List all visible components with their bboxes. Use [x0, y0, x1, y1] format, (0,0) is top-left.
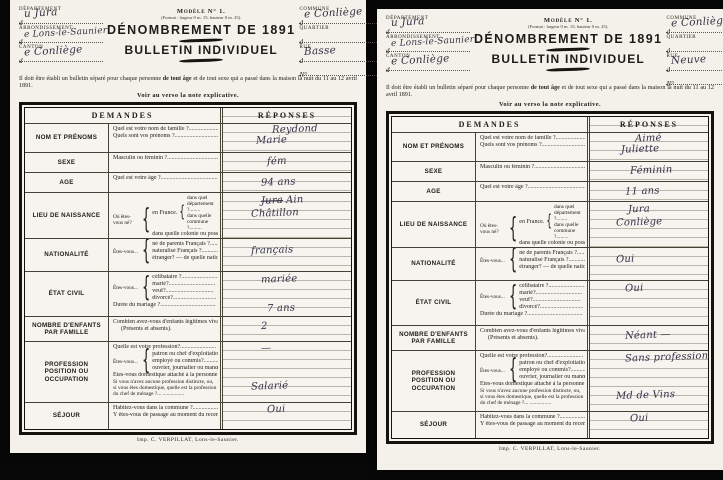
- question: Êtes-vous...: [480, 294, 507, 300]
- table-row-sejour: SÉJOUR Habitez-vous dans la commune ?...…: [25, 402, 351, 429]
- question: Êtes-vous...: [480, 258, 507, 264]
- table-row-sejour: SÉJOUR Habitez-vous dans la commune ?...…: [392, 411, 708, 438]
- answer-sejour: Oui: [266, 404, 285, 416]
- answer-profession-chef-menage: Md de Vins: [616, 389, 675, 402]
- printer-credit: Imp. C. VERPILLAT, Lons-le-Saunier.: [386, 446, 714, 452]
- answers-sexe: fém: [222, 153, 351, 172]
- row-label-enfants: NOMBRE D'ENFANTS PAR FAMILLE: [25, 317, 109, 341]
- header-center-column: Modèle N° 1. (Format : largeur 0 m. 15; …: [474, 16, 662, 87]
- question: Quel est votre nom de famille ?.........…: [113, 126, 218, 133]
- rue-field: Rue d Basse: [299, 45, 383, 62]
- question: employé ou commis?.............: [152, 358, 218, 365]
- table-header-row: DEMANDES RÉPONSES: [25, 108, 351, 123]
- questions-etat-civil: Êtes-vous... { célibataire ?............…: [109, 272, 221, 316]
- brace-glyph: {: [509, 355, 517, 387]
- form-table-frame: DEMANDES RÉPONSES NOM ET PRÉNOMS Quel es…: [386, 111, 714, 444]
- numero-field: N°: [666, 73, 723, 85]
- note-text: Il doit être établi un bulletin séparé p…: [386, 85, 531, 91]
- question: employé ou commis?.............: [519, 367, 585, 374]
- questions-profession: Quelle est votre profession?............…: [109, 342, 221, 402]
- row-label-nationalite: NATIONALITÉ: [25, 239, 109, 271]
- rue-line: d Basse: [299, 50, 383, 62]
- modele-number: Modèle N° 1.: [474, 17, 662, 24]
- answer-profession: —: [261, 343, 272, 354]
- d-prefix: d: [386, 66, 390, 74]
- question: Quels sont vos prénoms ?................…: [480, 142, 585, 149]
- question: veuf?................................: [519, 297, 585, 304]
- question: Masculin ou féminin ?...................…: [113, 155, 218, 162]
- quartier-field: Quartier d: [666, 35, 723, 52]
- answer-sejour: Oui: [630, 413, 649, 425]
- brace-glyph: {: [509, 281, 517, 313]
- form-header: Département d u Jura Arrondissement d e …: [386, 16, 714, 84]
- canton-field: Canton d e Conliège: [386, 54, 470, 71]
- question: Quel est votre âge ?....................…: [480, 184, 585, 191]
- canton-line: d e Conliège: [19, 50, 103, 62]
- question: ouvrier, journalier ou manœuvre?: [152, 365, 218, 372]
- question: en France.: [519, 219, 544, 226]
- numero-label: N°: [666, 80, 673, 88]
- questions-nom: Quel est votre nom de famille ?.........…: [109, 124, 221, 152]
- col-header-reponses: RÉPONSES: [589, 117, 708, 132]
- table-row-age: AGE Quel est votre âge ?................…: [25, 172, 351, 192]
- rue-value: Neuve: [671, 53, 707, 67]
- question: Quels sont vos prénoms ?................…: [113, 133, 218, 140]
- row-label-age: AGE: [392, 182, 476, 201]
- answers-nationalite: Oui: [589, 248, 708, 280]
- answers-naissance: JuraAin Châtillon: [222, 193, 351, 238]
- form-table: DEMANDES RÉPONSES NOM ET PRÉNOMS Quel es…: [391, 116, 709, 439]
- page-inner: Département d u Jura Arrondissement d e …: [377, 9, 723, 452]
- brace-glyph: {: [142, 272, 150, 304]
- form-header: Département d u Jura Arrondissement d e …: [19, 7, 357, 75]
- table-row-naissance: LIEU DE NAISSANCE Où êtes-vous né? { en …: [392, 201, 708, 247]
- row-label-etat-civil: ÉTAT CIVIL: [25, 272, 109, 316]
- answer-nationalite: Oui: [616, 254, 635, 266]
- questions-etat-civil: Êtes-vous... { célibataire ?............…: [476, 281, 588, 325]
- title-denombrement: DÉNOMBREMENT DE 1891: [474, 32, 662, 46]
- answer-nationalite: français: [251, 244, 294, 256]
- title-denombrement: DÉNOMBREMENT DE 1891: [107, 23, 295, 37]
- row-label-nom: NOM ET PRÉNOMS: [25, 124, 109, 152]
- rue-field: Rue d Neuve: [666, 54, 723, 71]
- header-left-column: Département d u Jura Arrondissement d e …: [386, 16, 470, 87]
- question: Êtes-vous domestique attaché à la person…: [480, 381, 585, 388]
- question: Si vous n'avez aucune profession distinc…: [480, 388, 585, 406]
- question: veuf?................................: [152, 288, 218, 295]
- row-label-naissance: LIEU DE NAISSANCE: [25, 193, 109, 238]
- modele-format: (Format : largeur 0 m. 15; hauteur 0 m. …: [107, 15, 295, 20]
- commune-value: e Conliège: [304, 5, 363, 20]
- question: dans quel département ?........: [187, 195, 218, 213]
- question: étranger? — de quelle nation?...: [519, 264, 585, 271]
- question: Habitez-vous dans la commune ?..........…: [113, 405, 218, 412]
- table-row-naissance: LIEU DE NAISSANCE Où êtes-vous né? { en …: [25, 192, 351, 238]
- col-header-demandes: DEMANDES: [392, 117, 588, 132]
- question: dans quelle commune ?.........: [187, 213, 218, 231]
- question: Durée du mariage ?......................…: [480, 311, 585, 318]
- question: né de parents Français ?...............: [519, 250, 585, 257]
- questions-sexe: Masculin ou féminin ?...................…: [476, 162, 588, 181]
- departement-field: Département d u Jura: [386, 16, 470, 33]
- answer-text: Ain: [286, 194, 304, 206]
- question: divorcé?.............................: [519, 304, 585, 311]
- departement-field: Département d u Jura: [19, 7, 103, 24]
- answer-profession: Sans profession: [625, 351, 708, 364]
- canton-value: e Conliège: [24, 43, 83, 58]
- question: Combien avez-vous d'enfants légitimes vi…: [480, 328, 585, 335]
- question: étranger? — de quelle nation?...: [152, 255, 218, 262]
- question: né de parents Français ?...............: [152, 241, 218, 248]
- arrondissement-line: d e Lons-le-Saunier: [386, 40, 470, 52]
- header-right-column: Commune d e Conliège Quartier d Rue d Ne…: [666, 16, 723, 87]
- row-label-etat-civil: ÉTAT CIVIL: [392, 281, 476, 325]
- brace-glyph: {: [509, 213, 517, 245]
- quartier-line: d: [666, 40, 723, 52]
- instruction-note: Il doit être établi un bulletin séparé p…: [386, 85, 714, 99]
- questions-sejour: Habitez-vous dans la commune ?..........…: [109, 403, 221, 429]
- question: Où êtes-vous né?: [113, 214, 140, 226]
- answer-etat-civil: Oui: [625, 283, 644, 295]
- answer-naissance-commune: Châtillon: [251, 207, 299, 220]
- numero-field: N°: [299, 64, 383, 76]
- answer-prenoms: Marie: [256, 134, 287, 146]
- title-bulletin: BULLETIN INDIVIDUEL: [107, 43, 295, 57]
- answers-age: 11 ans: [589, 182, 708, 201]
- question: Quelle est votre profession?............…: [113, 344, 218, 351]
- question: Êtes-vous...: [480, 368, 507, 374]
- row-label-sejour: SÉJOUR: [25, 403, 109, 429]
- row-label-naissance: LIEU DE NAISSANCE: [392, 202, 476, 247]
- question: naturalisé Français ?..................: [519, 257, 585, 264]
- canton-line: d e Conliège: [386, 59, 470, 71]
- questions-enfants: Combien avez-vous d'enfants légitimes vi…: [109, 317, 221, 341]
- question: Êtes-vous...: [113, 359, 140, 365]
- arrondissement-line: d e Lons-le-Saunier: [19, 31, 103, 43]
- table-row-sexe: SEXE Masculin ou féminin ?..............…: [25, 152, 351, 172]
- row-label-profession: PROFESSION POSITION OU OCCUPATION: [25, 342, 109, 402]
- d-prefix: d: [19, 57, 23, 65]
- question: Êtes-vous domestique attaché à la person…: [113, 372, 218, 379]
- question: Quelle est votre profession?............…: [480, 353, 585, 360]
- row-label-sexe: SEXE: [25, 153, 109, 172]
- answer-enfants: Néant —: [625, 329, 671, 342]
- question: Si vous n'avez aucune profession distinc…: [113, 379, 218, 397]
- table-row-enfants: NOMBRE D'ENFANTS PAR FAMILLE Combien ave…: [392, 325, 708, 350]
- question: marié?...............................: [519, 290, 585, 297]
- question: Quel est votre âge ?....................…: [113, 175, 218, 182]
- row-label-nationalite: NATIONALITÉ: [392, 248, 476, 280]
- question: en France.: [152, 210, 177, 217]
- questions-age: Quel est votre âge ?....................…: [476, 182, 588, 201]
- questions-enfants: Combien avez-vous d'enfants légitimes vi…: [476, 326, 588, 350]
- census-bulletin: Département d u Jura Arrondissement d e …: [10, 0, 366, 453]
- answer-profession-chef-menage: Salarié: [251, 380, 289, 392]
- note-text: Il doit être établi un bulletin séparé p…: [19, 76, 163, 82]
- commune-field: Commune d e Conliège: [666, 16, 723, 33]
- question: Êtes-vous...: [113, 285, 140, 291]
- struck-text: Jura: [261, 195, 283, 207]
- row-label-age: AGE: [25, 173, 109, 192]
- page-inner: Département d u Jura Arrondissement d e …: [10, 0, 366, 443]
- answer-enfants: 2: [261, 321, 268, 332]
- departement-line: d u Jura: [386, 21, 470, 33]
- commune-value: e Conliège: [671, 14, 723, 29]
- answers-profession: — Salarié: [222, 342, 351, 402]
- answers-nom: Reydond Marie: [222, 124, 351, 152]
- answer-duree-mariage: 7 ans: [266, 303, 294, 315]
- commune-line: d e Conliège: [666, 21, 723, 33]
- flourish-line: [179, 58, 223, 62]
- verso-note: Voir au verso la note explicative.: [19, 92, 357, 99]
- departement-value: u Jura: [391, 15, 425, 29]
- question: naturalisé Français ?..................: [152, 248, 218, 255]
- col-header-reponses: RÉPONSES: [222, 108, 351, 123]
- brace-glyph: {: [142, 239, 150, 267]
- question: Combien avez-vous d'enfants légitimes vi…: [113, 319, 218, 326]
- answer-etat-civil: mariée: [261, 273, 298, 285]
- numero-line: N°: [666, 73, 723, 85]
- modele-number: Modèle N° 1.: [107, 8, 295, 15]
- questions-nationalite: Êtes-vous... { né de parents Français ?.…: [476, 248, 588, 280]
- canton-value: e Conliège: [391, 52, 450, 67]
- row-label-sexe: SEXE: [392, 162, 476, 181]
- question: dans quel département ?........: [554, 204, 585, 222]
- brace-glyph: {: [509, 248, 517, 276]
- question: Où êtes-vous né?: [480, 223, 507, 235]
- question: Masculin ou féminin ?...................…: [480, 164, 585, 171]
- question: Y êtes-vous de passage au moment du rece…: [480, 421, 585, 428]
- question: Habitez-vous dans la commune ?..........…: [480, 414, 585, 421]
- question: Y êtes-vous de passage au moment du rece…: [113, 412, 218, 419]
- answer-sexe: fém: [266, 156, 286, 168]
- questions-sexe: Masculin ou féminin ?...................…: [109, 153, 221, 172]
- row-label-enfants: NOMBRE D'ENFANTS PAR FAMILLE: [392, 326, 476, 350]
- question: (Présents et absents).: [113, 326, 218, 333]
- answer-sexe: Féminin: [630, 164, 673, 176]
- question: dans quelle colonie ou possession?: [152, 231, 218, 238]
- answers-nom: Aimé Juliette: [589, 133, 708, 161]
- questions-naissance: Où êtes-vous né? { en France. { dans que…: [109, 193, 221, 238]
- questions-age: Quel est votre âge ?....................…: [109, 173, 221, 192]
- question: Durée du mariage ?......................…: [113, 302, 218, 309]
- question: patron ou chef d'exploitation ?...: [519, 360, 585, 367]
- answers-enfants: 2: [222, 317, 351, 341]
- answer-age: 11 ans: [625, 185, 660, 197]
- departement-line: d u Jura: [19, 12, 103, 24]
- canton-field: Canton d e Conliège: [19, 45, 103, 62]
- table-row-nationalite: NATIONALITÉ Êtes-vous... { né de parents…: [392, 247, 708, 280]
- answers-etat-civil: mariée 7 ans: [222, 272, 351, 316]
- question: patron ou chef d'exploitation ?...: [152, 351, 218, 358]
- questions-nom: Quel est votre nom de famille ?.........…: [476, 133, 588, 161]
- answer-prenoms: Juliette: [620, 143, 659, 155]
- scanned-documents: Département d u Jura Arrondissement d e …: [0, 0, 723, 480]
- question: divorcé?.............................: [152, 295, 218, 302]
- table-row-etat-civil: ÉTAT CIVIL Êtes-vous... { célibataire ?.…: [392, 280, 708, 325]
- numero-line: N°: [299, 64, 383, 76]
- answer-naissance-departement: JuraAin: [261, 194, 304, 206]
- questions-naissance: Où êtes-vous né? { en France. { dans que…: [476, 202, 588, 247]
- question: Quel est votre nom de famille ?.........…: [480, 135, 585, 142]
- brace-glyph: {: [142, 346, 150, 378]
- question: dans quelle commune ?.........: [554, 222, 585, 240]
- note-bold-text: de tout âge: [531, 85, 560, 91]
- header-right-column: Commune d e Conliège Quartier d Rue d Ba…: [299, 7, 383, 78]
- table-row-nom: NOM ET PRÉNOMS Quel est votre nom de fam…: [25, 123, 351, 152]
- modele-format: (Format : largeur 0 m. 15; hauteur 0 m. …: [474, 24, 662, 29]
- question: dans quelle colonie ou possession?: [519, 240, 585, 247]
- answer-age: 94 ans: [261, 176, 296, 188]
- brace-glyph: {: [179, 204, 185, 222]
- row-label-sejour: SÉJOUR: [392, 412, 476, 438]
- answers-sexe: Féminin: [589, 162, 708, 181]
- question: marié?...............................: [152, 281, 218, 288]
- question: ouvrier, journalier ou manœuvre?: [519, 374, 585, 381]
- rue-line: d Neuve: [666, 59, 723, 71]
- question: Êtes-vous...: [113, 249, 140, 255]
- question: (Présents et absents).: [480, 335, 585, 342]
- answers-enfants: Néant —: [589, 326, 708, 350]
- answers-sejour: Oui: [222, 403, 351, 429]
- arrondissement-field: Arrondissement d e Lons-le-Saunier: [386, 35, 470, 52]
- questions-nationalite: Êtes-vous... { né de parents Français ?.…: [109, 239, 221, 271]
- departement-value: u Jura: [24, 6, 58, 20]
- commune-line: d e Conliège: [299, 12, 383, 24]
- table-row-profession: PROFESSION POSITION OU OCCUPATION Quelle…: [25, 341, 351, 402]
- verso-note: Voir au verso la note explicative.: [386, 101, 714, 108]
- header-left-column: Département d u Jura Arrondissement d e …: [19, 7, 103, 78]
- answer-text: Jura: [628, 204, 650, 216]
- questions-sejour: Habitez-vous dans la commune ?..........…: [476, 412, 588, 438]
- table-row-enfants: NOMBRE D'ENFANTS PAR FAMILLE Combien ave…: [25, 316, 351, 341]
- table-header-row: DEMANDES RÉPONSES: [392, 117, 708, 132]
- answer-naissance-commune: Conliège: [616, 216, 663, 229]
- title-bulletin: BULLETIN INDIVIDUEL: [474, 52, 662, 66]
- brace-glyph: {: [142, 204, 150, 236]
- table-row-nom: NOM ET PRÉNOMS Quel est votre nom de fam…: [392, 132, 708, 161]
- answers-sejour: Oui: [589, 412, 708, 438]
- form-table: DEMANDES RÉPONSES NOM ET PRÉNOMS Quel es…: [24, 107, 352, 430]
- answers-nationalite: français: [222, 239, 351, 271]
- row-label-nom: NOM ET PRÉNOMS: [392, 133, 476, 161]
- form-table-frame: DEMANDES RÉPONSES NOM ET PRÉNOMS Quel es…: [19, 102, 357, 435]
- rue-value: Basse: [304, 44, 337, 58]
- questions-profession: Quelle est votre profession?............…: [476, 351, 588, 411]
- table-row-nationalite: NATIONALITÉ Êtes-vous... { né de parents…: [25, 238, 351, 271]
- answers-naissance: Jura Conliège: [589, 202, 708, 247]
- col-header-demandes: DEMANDES: [25, 108, 221, 123]
- question: célibataire ?..........................: [152, 274, 218, 281]
- answers-profession: Sans profession Md de Vins: [589, 351, 708, 411]
- answers-age: 94 ans: [222, 173, 351, 192]
- printer-credit: Imp. C. VERPILLAT, Lons-le-Saunier.: [19, 437, 357, 443]
- commune-field: Commune d e Conliège: [299, 7, 383, 24]
- brace-glyph: {: [546, 213, 552, 231]
- numero-label: N°: [299, 71, 306, 79]
- census-bulletin: Département d u Jura Arrondissement d e …: [377, 9, 723, 470]
- table-row-age: AGE Quel est votre âge ?................…: [392, 181, 708, 201]
- answer-naissance-departement: Jura: [625, 204, 650, 216]
- note-bold-text: de tout âge: [163, 76, 192, 82]
- row-label-profession: PROFESSION POSITION OU OCCUPATION: [392, 351, 476, 411]
- arrondissement-field: Arrondissement d e Lons-le-Saunier: [19, 26, 103, 43]
- answers-etat-civil: Oui: [589, 281, 708, 325]
- question: célibataire ?..........................: [519, 283, 585, 290]
- table-row-profession: PROFESSION POSITION OU OCCUPATION Quelle…: [392, 350, 708, 411]
- table-row-sexe: SEXE Masculin ou féminin ?..............…: [392, 161, 708, 181]
- quartier-field: Quartier d: [299, 26, 383, 43]
- header-center-column: Modèle N° 1. (Format : largeur 0 m. 15; …: [107, 7, 295, 78]
- quartier-line: d: [299, 31, 383, 43]
- flourish-line: [546, 67, 590, 71]
- table-row-etat-civil: ÉTAT CIVIL Êtes-vous... { célibataire ?.…: [25, 271, 351, 316]
